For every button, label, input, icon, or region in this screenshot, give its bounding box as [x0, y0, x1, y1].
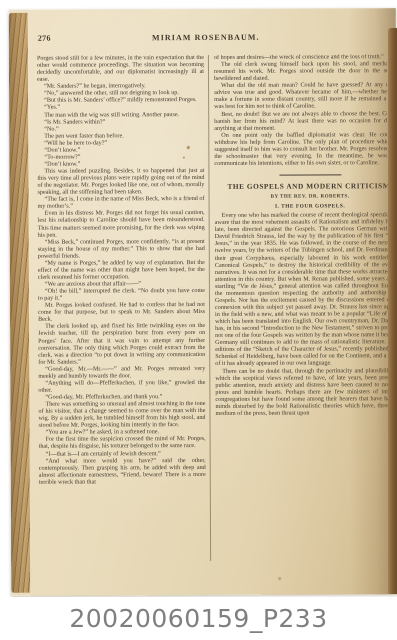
paragraph: There was something so unusual and almos…	[38, 401, 205, 430]
column-divider-rule	[208, 55, 211, 561]
scanned-book-photo: 276 MIRIAM ROSENBAUM. Porges stood still…	[0, 0, 397, 640]
paragraph: There can be no doubt that, through the …	[215, 368, 389, 418]
paragraph: “But this is Mr. Sanders’ office?” mildl…	[37, 97, 204, 105]
article-section-heading: I. THE FOUR GOSPELS.	[215, 203, 390, 211]
paragraph: What did the old man mean? Could he have…	[214, 82, 389, 111]
book-page: 276 MIRIAM ROSENBAUM. Porges stood still…	[9, 8, 397, 596]
article-body: Every one who has marked the course of r…	[215, 212, 390, 418]
paragraph: “Oh! the bill,” interrupted the clerk. “…	[38, 288, 205, 303]
printed-page-surface: 276 MIRIAM ROSENBAUM. Porges stood still…	[37, 30, 389, 584]
page-header: 276 MIRIAM ROSENBAUM.	[37, 30, 387, 46]
story-continuation: of hopes and desires—the wreck of consci…	[214, 54, 389, 168]
paragraph: The clerk looked up, and fixed his littl…	[38, 323, 205, 366]
paragraph: “And what more would you have?” said the…	[39, 458, 206, 487]
watermark-strip: 20020060159_P233	[0, 597, 397, 640]
paragraph: Porges stood still for a few minutes, in…	[37, 55, 204, 84]
paragraph: The old clerk swung himself back upon hi…	[214, 61, 389, 83]
article-byline: BY THE REV. DR. ROBERTS.	[215, 193, 390, 201]
paragraph: “Anything will do—Pfefferkuchen, if you …	[38, 380, 205, 395]
paragraph: Even in his distress Mr. Porges did not …	[38, 210, 205, 239]
paragraph: This was indeed puzzling. Besides, it so…	[37, 168, 204, 197]
article-title: THE GOSPELS AND MODERN CRITICISM.	[214, 181, 389, 191]
paragraph: “Good-day, Mr.—Mr.——” and Mr. Porges ret…	[38, 366, 205, 381]
paragraph: “Miss Beck,” continued Porges, more conf…	[38, 239, 205, 261]
watermark-id: 20020060159_P233	[69, 604, 327, 633]
page-stack-edge-left	[9, 13, 31, 593]
paragraph: For the first time the suspicion crossed…	[39, 436, 206, 451]
paragraph: “My name is Porges,” he added by way of …	[38, 260, 205, 282]
paragraph: On one point only the baffled diplomatis…	[214, 132, 389, 168]
left-column: Porges stood still for a few minutes, in…	[37, 55, 206, 568]
paragraph: “The fact is, I come in the name of Miss…	[38, 196, 205, 211]
paragraph: Every one who has marked the course of r…	[215, 212, 390, 368]
paragraph: Best, no doubt! But we are not always ab…	[214, 111, 389, 133]
right-column: of hopes and desires—the wreck of consci…	[214, 54, 389, 567]
article-separator-rule	[279, 174, 341, 175]
two-column-text-block: Porges stood still for a few minutes, in…	[37, 54, 389, 568]
running-title: MIRIAM ROSENBAUM.	[37, 32, 375, 42]
book-edge-right	[388, 28, 397, 594]
paragraph: Mr. Porges looked confused. He had to co…	[38, 302, 205, 324]
